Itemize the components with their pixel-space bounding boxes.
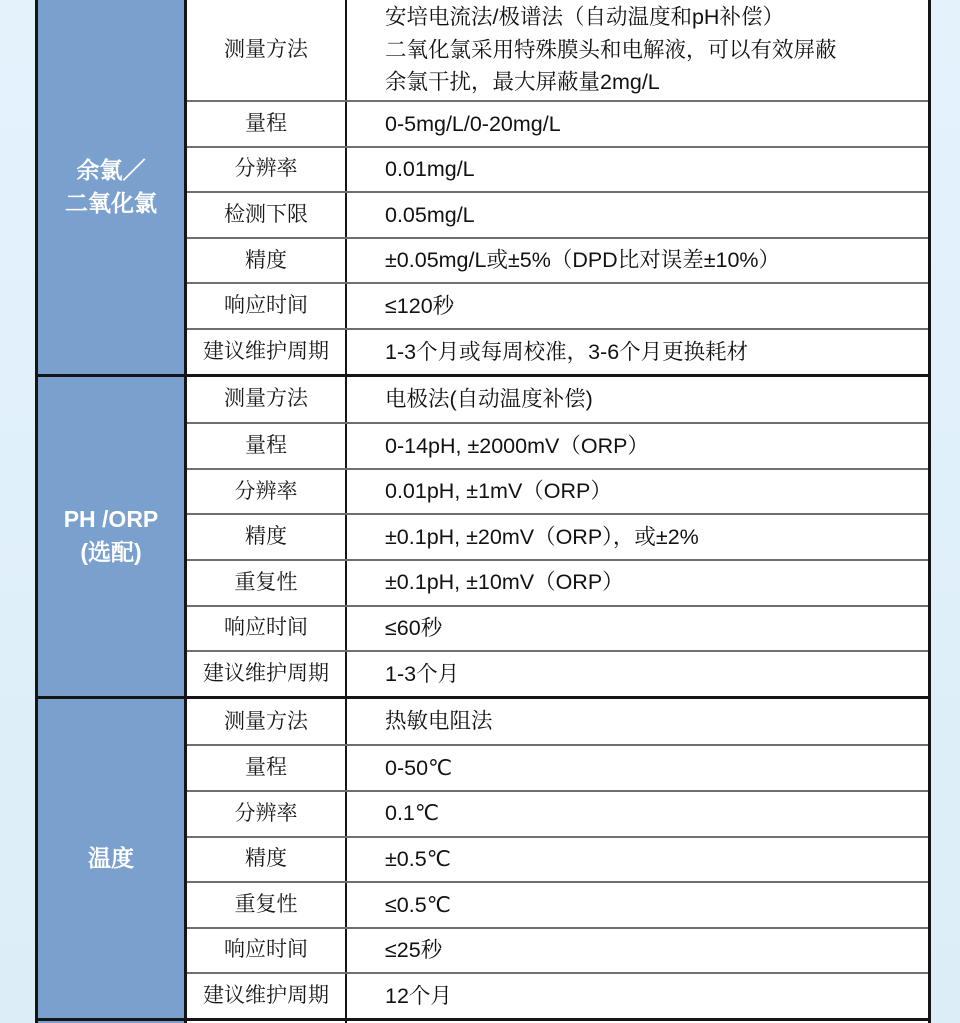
spec-row-label: 检测下限 [187,193,347,237]
spec-row: 测量方法安培电流法/极谱法（自动温度和pH补偿） 二氧化氯采用特殊膜头和电解液，… [187,0,928,100]
spec-row: 响应时间≤60秒 [187,605,928,651]
spec-row-value: ≤120秒 [347,284,928,328]
spec-row-value: ±0.1pH, ±20mV（ORP），或±2% [347,515,928,559]
section-rows: 测量方法电极法(自动温度补偿)量程0-14pH, ±2000mV（ORP）分辨率… [187,377,928,696]
spec-row-value: ≤0.5℃ [347,883,928,927]
spec-row-value: 0.05mg/L [347,193,928,237]
section-rows: 测量方法安培电流法/极谱法（自动温度和pH补偿） 二氧化氯采用特殊膜头和电解液，… [187,0,928,374]
spec-row: 建议维护周期1-3个月 [187,650,928,696]
spec-row-label: 量程 [187,424,347,468]
spec-row: 响应时间≤25秒 [187,927,928,973]
spec-row-label: 精度 [187,838,347,882]
spec-row-label: 测量方法 [187,377,347,423]
spec-row: 精度±0.1pH, ±20mV（ORP），或±2% [187,513,928,559]
spec-row-value: 电极法(自动温度补偿) [347,377,928,423]
spec-row: 检测下限0.05mg/L [187,191,928,237]
spec-row: 重复性±0.1pH, ±10mV（ORP） [187,559,928,605]
spec-row-label: 测量方法 [187,0,347,100]
category-cell: 余氯／ 二氧化氯 [38,0,187,374]
spec-row-value: 安培电流法/极谱法（自动温度和pH补偿） 二氧化氯采用特殊膜头和电解液，可以有效… [347,0,928,100]
spec-row: 建议维护周期1-3个月或每周校准，3-6个月更换耗材 [187,328,928,374]
spec-row-value: 0.01pH, ±1mV（ORP） [347,470,928,514]
spec-row-value: 0.01mg/L [347,148,928,192]
spec-row-value: 0-14pH, ±2000mV（ORP） [347,424,928,468]
spec-row-label: 精度 [187,515,347,559]
spec-row: 重复性≤0.5℃ [187,881,928,927]
spec-row-label: 重复性 [187,561,347,605]
spec-section: 余氯／ 二氧化氯测量方法安培电流法/极谱法（自动温度和pH补偿） 二氧化氯采用特… [38,0,928,374]
spec-row-label: 响应时间 [187,929,347,973]
spec-row: 精度±0.5℃ [187,836,928,882]
spec-row: 分辨率0.01pH, ±1mV（ORP） [187,468,928,514]
spec-row: 分辨率0.1℃ [187,790,928,836]
spec-row: 量程0-50℃ [187,744,928,790]
spec-row: 分辨率0.01mg/L [187,146,928,192]
spec-row-label: 量程 [187,102,347,146]
spec-row: 测量方法电极法(自动温度补偿) [187,377,928,423]
spec-row-value: 0-50℃ [347,746,928,790]
spec-row-value: 0-5mg/L/0-20mg/L [347,102,928,146]
next-section-partial [38,1018,928,1023]
spec-row: 量程0-5mg/L/0-20mg/L [187,100,928,146]
spec-row: 精度±0.05mg/L或±5%（DPD比对误差±10%） [187,237,928,283]
spec-row-label: 重复性 [187,883,347,927]
spec-row: 量程0-14pH, ±2000mV（ORP） [187,422,928,468]
category-cell: 温度 [38,699,187,1018]
spec-row-value: 1-3个月 [347,652,928,696]
spec-row-label: 建议维护周期 [187,330,347,374]
spec-row-value: ±0.1pH, ±10mV（ORP） [347,561,928,605]
spec-row-value: 1-3个月或每周校准，3-6个月更换耗材 [347,330,928,374]
spec-section: 温度测量方法热敏电阻法量程0-50℃分辨率0.1℃精度±0.5℃重复性≤0.5℃… [38,696,928,1018]
spec-row-value: ≤60秒 [347,607,928,651]
spec-row-label: 建议维护周期 [187,974,347,1018]
category-cell: PH /ORP (选配) [38,377,187,696]
spec-row-value: 0.1℃ [347,792,928,836]
spec-section: PH /ORP (选配)测量方法电极法(自动温度补偿)量程0-14pH, ±20… [38,374,928,696]
spec-table: 余氯／ 二氧化氯测量方法安培电流法/极谱法（自动温度和pH补偿） 二氧化氯采用特… [35,0,931,1023]
spec-row: 建议维护周期12个月 [187,972,928,1018]
spec-row-label: 分辨率 [187,470,347,514]
spec-row-label: 建议维护周期 [187,652,347,696]
spec-row-value: 热敏电阻法 [347,699,928,745]
spec-row-label: 量程 [187,746,347,790]
spec-row-value: ±0.5℃ [347,838,928,882]
section-rows: 测量方法热敏电阻法量程0-50℃分辨率0.1℃精度±0.5℃重复性≤0.5℃响应… [187,699,928,1018]
spec-row-label: 响应时间 [187,607,347,651]
spec-row-label: 分辨率 [187,792,347,836]
spec-row-value: ±0.05mg/L或±5%（DPD比对误差±10%） [347,239,928,283]
spec-row-label: 分辨率 [187,148,347,192]
page-background: { "colors": { "sidebar_blue": "#7aa0ce",… [0,0,960,1023]
spec-row-value: 12个月 [347,974,928,1018]
spec-row-value: ≤25秒 [347,929,928,973]
spec-row: 响应时间≤120秒 [187,282,928,328]
spec-row-label: 响应时间 [187,284,347,328]
spec-row-label: 精度 [187,239,347,283]
spec-row: 测量方法热敏电阻法 [187,699,928,745]
spec-row-label: 测量方法 [187,699,347,745]
